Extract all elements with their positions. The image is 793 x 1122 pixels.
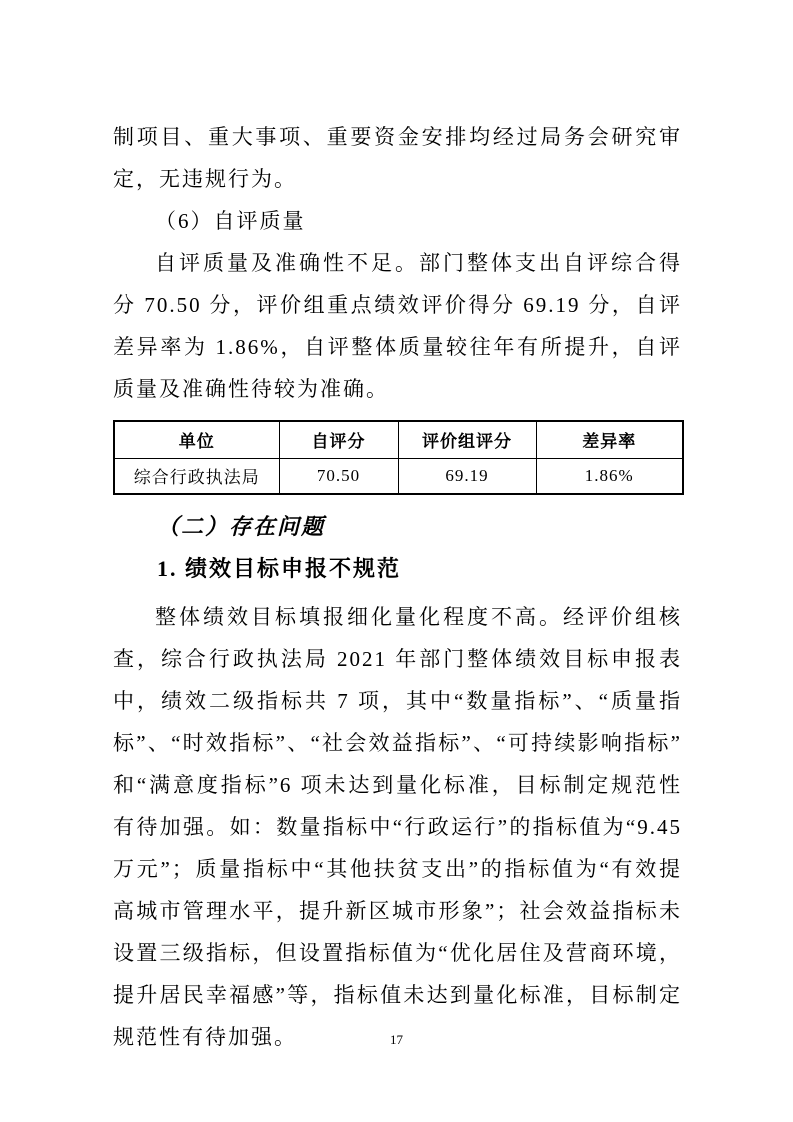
- heading-section-2-problems: （二）存在问题: [113, 506, 682, 548]
- table-cell-group-score: 69.19: [398, 458, 536, 494]
- page-content: 制项目、重大事项、重要资金安排均经过局务会研究审定，无违规行为。 （6）自评质量…: [113, 116, 682, 1058]
- heading-issue-1-goal-declaration: 1. 绩效目标申报不规范: [113, 548, 682, 590]
- heading-item-6-self-eval-quality: （6）自评质量: [113, 200, 682, 242]
- paragraph-issue-1-detail: 整体绩效目标填报细化量化程度不高。经评价组核查，综合行政执法局 2021 年部门…: [113, 596, 682, 1058]
- table-header-unit: 单位: [114, 421, 279, 458]
- document-page: 制项目、重大事项、重要资金安排均经过局务会研究审定，无违规行为。 （6）自评质量…: [0, 0, 793, 1122]
- score-comparison-table: 单位 自评分 评价组评分 差异率 综合行政执法局 70.50 69.19 1.8…: [113, 420, 684, 495]
- table-header-group-score: 评价组评分: [398, 421, 536, 458]
- table-cell-diff-rate: 1.86%: [536, 458, 683, 494]
- page-number: 17: [0, 1030, 793, 1050]
- paragraph-continuation: 制项目、重大事项、重要资金安排均经过局务会研究审定，无违规行为。: [113, 116, 682, 200]
- table-header-diff-rate: 差异率: [536, 421, 683, 458]
- table-cell-unit: 综合行政执法局: [114, 458, 279, 494]
- table-row: 综合行政执法局 70.50 69.19 1.86%: [114, 458, 683, 494]
- table-header-row: 单位 自评分 评价组评分 差异率: [114, 421, 683, 458]
- paragraph-self-eval-quality: 自评质量及准确性不足。部门整体支出自评综合得分 70.50 分，评价组重点绩效评…: [113, 242, 682, 410]
- table-cell-self-score: 70.50: [279, 458, 398, 494]
- table-header-self-score: 自评分: [279, 421, 398, 458]
